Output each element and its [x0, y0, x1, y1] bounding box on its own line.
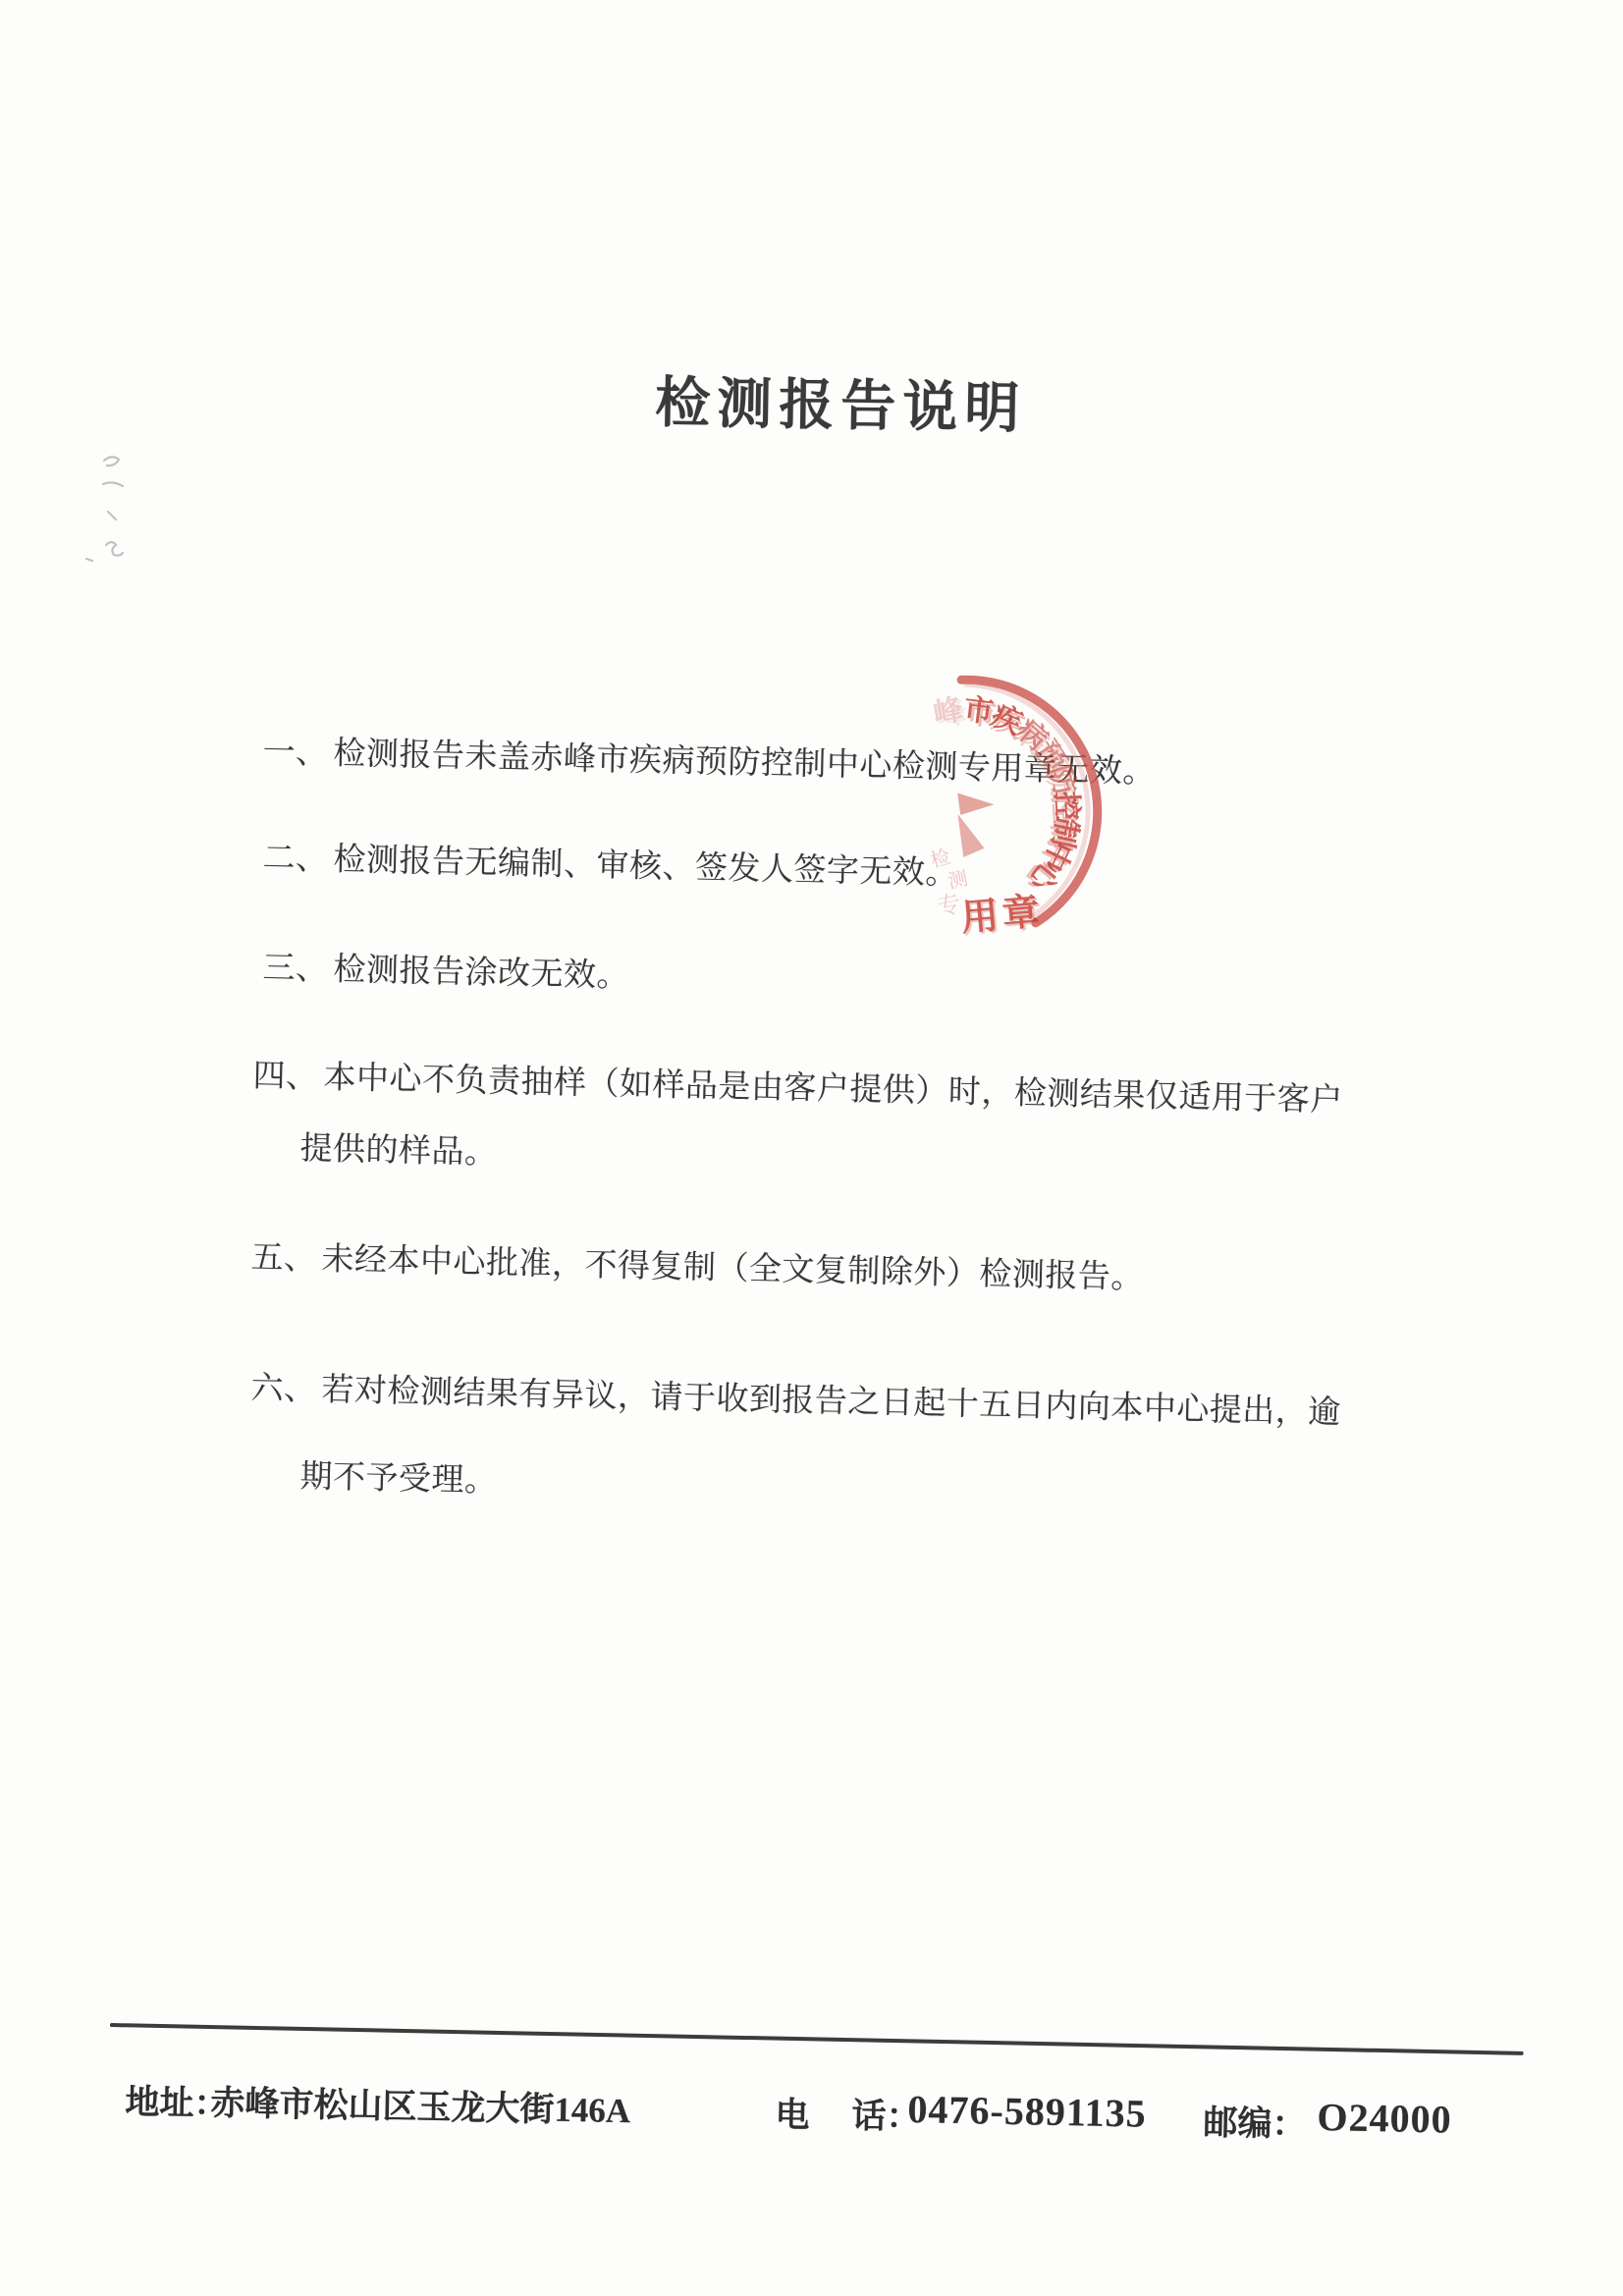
notice-item-2: 二、检测报告无编制、审核、签发人签字无效。 — [262, 839, 958, 894]
notice-item-1: 一、检测报告未盖赤峰市疾病预防控制中心检测专用章无效。 — [262, 733, 1156, 793]
item-5-number: 五、 — [250, 1238, 322, 1280]
item-4-number: 四、 — [252, 1057, 324, 1098]
item-4-text: 本中心不负责抽样（如样品是由客户提供）时，检测结果仅适用于客户 — [323, 1061, 1343, 1120]
seal-ring-char: 市 — [962, 684, 997, 731]
notice-item-6-line-2: 期不予受理。 — [299, 1457, 498, 1502]
seal-ring-char: 制 — [1044, 814, 1092, 851]
notice-item-6: 六、若对检测结果有异议，请于收到报告之日起十五日内向本中心提出，逾 — [250, 1369, 1341, 1433]
notice-item-3: 三、检测报告涂改无效。 — [262, 949, 629, 996]
item-6-text: 若对检测结果有异议，请于收到报告之日起十五日内向本中心提出，逾 — [321, 1373, 1341, 1432]
item-3-number: 三、 — [262, 949, 334, 990]
item-2-number: 二、 — [262, 839, 334, 880]
postcode-value: O24000 — [1317, 2094, 1452, 2143]
phone-label-dian: 电 — [775, 2088, 810, 2138]
footer-divider-rule — [110, 2023, 1524, 2055]
item-5-text: 未经本中心批准，不得复制（全文复制除外）检测报告。 — [321, 1242, 1144, 1296]
notice-item-4-line-2: 提供的样品。 — [299, 1129, 498, 1174]
item-2-text: 检测报告无编制、审核、签发人签字无效。 — [333, 843, 958, 892]
address-value: 赤峰市松山区玉龙大街146A — [210, 2076, 631, 2133]
seal-ring-char: 峰 — [930, 685, 966, 734]
seal-ring-arc — [825, 670, 1119, 964]
official-seal-stamp: 峰 市 疾 病 预 防 控 制 中 心 检 测 专 用章 — [825, 670, 1119, 964]
seal-ring-char: 疾 — [986, 690, 1030, 741]
notice-item-4: 四、本中心不负责抽样（如样品是由客户提供）时，检测结果仅适用于客户 — [252, 1057, 1343, 1121]
item-1-number: 一、 — [262, 733, 334, 774]
seal-ring-char: 中 — [1034, 835, 1086, 880]
item-3-text: 检测报告涂改无效。 — [333, 953, 629, 995]
notice-item-5: 五、未经本中心批准，不得复制（全文复制除外）检测报告。 — [250, 1238, 1144, 1298]
seal-ring-char: 心 — [1021, 852, 1073, 902]
item-6-number: 六、 — [250, 1369, 322, 1410]
item-1-text: 检测报告未盖赤峰市疾病预防控制中心检测专用章无效。 — [333, 737, 1156, 791]
scanned-document-page: { "document": { "title": "检测报告说明", "item… — [0, 0, 1623, 2296]
postcode-label: 邮编： — [1203, 2096, 1307, 2147]
pencil-margin-marks — [79, 447, 137, 574]
seal-bottom-text: 用章 — [958, 880, 1045, 941]
seal-ring-char: 控 — [1048, 790, 1093, 821]
seal-star-fragment — [956, 790, 996, 818]
page-title: 检测报告说明 — [655, 359, 1027, 444]
phone-value: 0476-5891135 — [907, 2086, 1147, 2137]
seal-star-fragment — [954, 814, 985, 858]
